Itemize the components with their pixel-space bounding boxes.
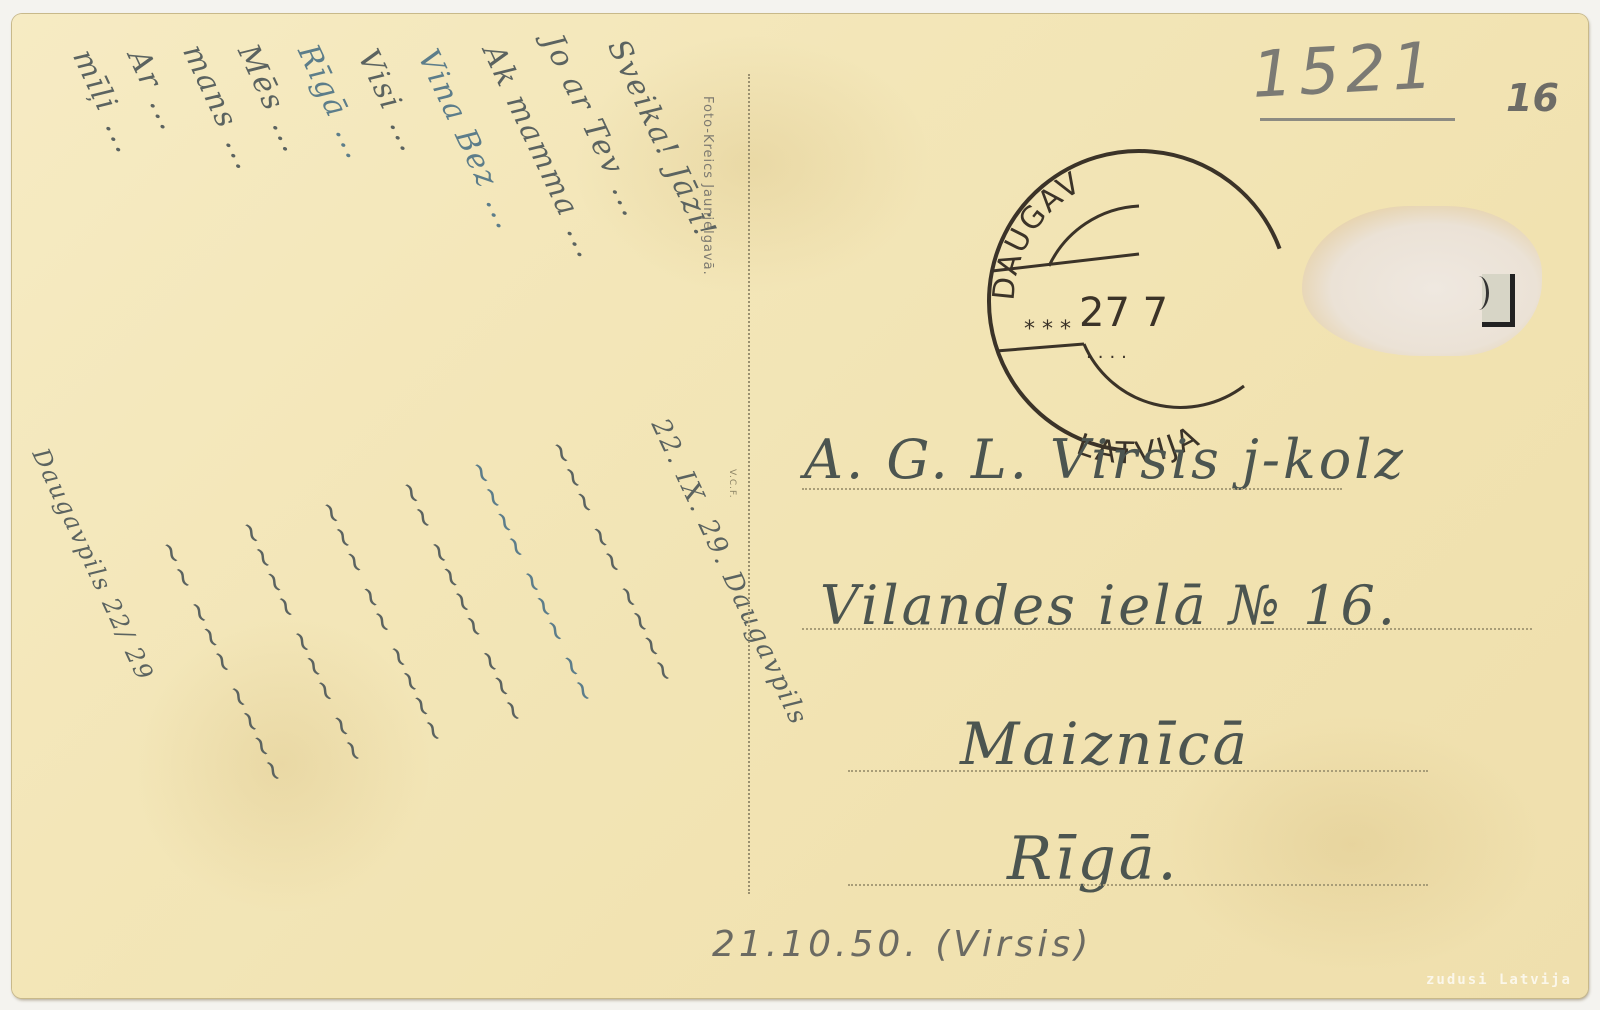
message-line: Daugavpils 22/ 29 [27,444,160,686]
address-rule [848,884,1428,886]
divider-line [748,74,750,894]
address-business: Maiznīcā [960,710,1250,778]
stamp-arc-fragment [1468,276,1489,310]
postmark-date: 27 7 [1079,290,1168,336]
archive-number: 1521 [1250,29,1440,113]
address-rule [802,628,1532,630]
postmark-cancellation: DAUGAV * * * 27 7 .... LATVIJA [974,136,1304,466]
divider-imprint: V.C.F. [727,469,737,499]
address-recipient: A. G. L. Virsis j-kolz [804,428,1406,491]
watermark: zudusi Latvija [1426,972,1572,988]
corner-number: 16 [1506,76,1559,120]
archive-number-underline [1260,118,1455,121]
handwritten-message: Sveika! Jāzi! 22. IX. 29. Daugavpils Jo … [12,14,742,998]
publisher-imprint: Foto-Kreics Jaunjelgavā. [700,96,715,276]
address-rule [848,770,1428,772]
postcard-back: Sveika! Jāzi! 22. IX. 29. Daugavpils Jo … [12,14,1588,998]
postmark-dots: .... [1086,342,1133,363]
bottom-pencil-note: 21.10.50. (Virsis) [712,924,1092,965]
postmark-stars: * * * [1024,317,1071,342]
address-rule [802,488,1342,490]
